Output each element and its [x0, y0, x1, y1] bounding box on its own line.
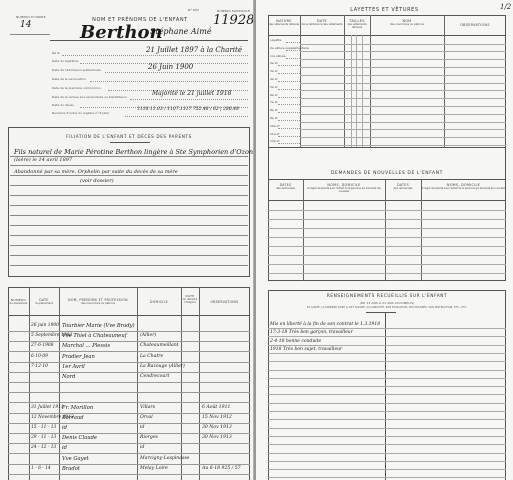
cell-observations: 15 Nov 1912: [202, 415, 232, 420]
layette-row-line: [300, 44, 506, 45]
layette-row-label: 5e id: [270, 85, 277, 89]
filiation-line-2: (Isère) le 14 avril 1897: [14, 157, 72, 163]
table-header-divider: [8, 315, 250, 316]
field-label-registre: Numéros d'ordre du registre nº 8 (bis): [52, 111, 109, 115]
layette-row-dots: [286, 58, 300, 59]
col-header-nom: NOMdes nourriciers ou patrons: [370, 19, 444, 26]
layette-row-line: [300, 90, 506, 91]
renseignements-row-line: [268, 428, 506, 429]
layette-row-dots: [278, 120, 300, 121]
col-header-dates-2: DATESdes demandes: [385, 183, 421, 190]
numero-ordre-value: 14: [20, 20, 31, 30]
col-divider: [444, 15, 445, 147]
col-header-dates-1: DATESdes demandes: [268, 183, 303, 190]
col-divider: [344, 15, 345, 147]
renseignements-subtitle2: SA SANTÉ, LA MANIÈRE DONT IL EST SOIGNÉ,…: [268, 306, 506, 309]
cell-date: 7-12-10: [31, 364, 48, 369]
cell-domicile: Chateaumeillant: [140, 343, 179, 348]
layette-row-line: [300, 51, 506, 52]
col-header-noms-1: NOMS, DOMICILEet degré de parenté avec l…: [303, 183, 385, 193]
renseignements-row-line: [268, 411, 506, 412]
col-header-sub: du placement: [29, 302, 59, 305]
col-header-sub: du retrait à l'hospice: [181, 298, 199, 304]
layette-row-line: [300, 67, 506, 68]
left-page: NUMÉRO D'ORDRE 14 Nº 692 NUMÉRO MATRICUL…: [0, 0, 254, 480]
layette-row-line: [300, 129, 506, 130]
cell-name: id: [62, 425, 67, 431]
demandes-row-line: [268, 264, 506, 265]
layettes-title: LAYETTES ET VÊTURES: [256, 7, 513, 13]
col-divider: [385, 179, 386, 281]
renseignements-row-line: [268, 336, 506, 337]
renseignements-row-line: [268, 353, 506, 354]
renseignements-title: RENSEIGNEMENTS RECUEILLIS SUR L'ENFANT: [268, 294, 506, 299]
cell-name: Barraud: [62, 415, 84, 421]
ruled-line: [10, 165, 248, 166]
cell-name: Pradier Jean: [62, 354, 95, 360]
table-row: 29 - 11 - 13Denis ClaudeRiorges30 Nov 19…: [8, 435, 250, 445]
divider: [366, 312, 396, 313]
section-divider: [268, 147, 506, 148]
cell-date: 24 - 12 - 13: [31, 445, 56, 450]
cell-date: 26 juin 1900: [31, 323, 59, 328]
col-header-noms-2: NOMS, DOMICILEet degré de parenté avec l…: [421, 183, 506, 190]
layette-row-label: 2e id: [270, 61, 277, 65]
layette-row-line: [300, 98, 506, 99]
cell-domicile: Villars: [140, 405, 155, 410]
table-row: [8, 394, 250, 404]
layette-row-line: [300, 106, 506, 107]
layette-row-line: [300, 83, 506, 84]
field-value-born: 21 Juillet 1897 à la Charité: [146, 46, 242, 54]
demandes-row-line: [268, 237, 506, 238]
col-header-sub: du placement: [8, 302, 29, 305]
col-divider: [303, 179, 304, 281]
layette-row-line: [300, 137, 506, 138]
field-line: [105, 72, 248, 73]
filiation-line-1: Fils naturel de Marie Pérotine Berthon l…: [14, 148, 253, 156]
col-header-sub: des demandes: [268, 187, 303, 190]
filiation-line-4: (voir dossier): [80, 178, 114, 184]
col-header-date: DATEde la délivrance des vêtements: [300, 19, 344, 26]
col-header-date: DATEdu placement: [29, 298, 59, 305]
col-header-observations: OBSERVATIONS: [444, 23, 506, 27]
col-header-sub: de la délivrance des vêtements: [300, 23, 344, 26]
field-label-remise: Date de la remise aux ascendants ou bien…: [52, 95, 127, 99]
cell-domicile: Orval: [140, 415, 153, 420]
cell-domicile: Melay Loire: [140, 466, 168, 471]
layette-row-label: Layette: [270, 38, 281, 42]
layette-row-line: [300, 75, 506, 76]
renseignements-row-line: [268, 361, 506, 362]
renseignements-subtitle: (DE 13 ANS À 21 ANS ACCOMPLIS): [268, 301, 506, 305]
cell-name: Vve Thiel à Chateauneuf: [62, 333, 127, 339]
field-label-vaccination: Date de la vaccination: [52, 77, 86, 81]
cell-name: Fr. Morillon: [62, 405, 93, 411]
cell-date: 29 - 11 - 13: [31, 435, 56, 440]
layette-row-label: 9e id: [270, 116, 277, 120]
ruled-line: [10, 235, 248, 236]
field-line: [62, 55, 248, 56]
ruled-line: [10, 255, 248, 256]
demandes-row-line: [268, 219, 506, 220]
field-value-admission: 26 Juin 1900: [148, 63, 193, 71]
divider: [50, 40, 248, 41]
demandes-row-line: [268, 246, 506, 247]
field-value-registre: 1118 11.03 / 1107.1117 752.48 / 62 | 286…: [137, 107, 239, 112]
col-divider: [385, 313, 386, 480]
layette-row-dots: [278, 81, 300, 82]
layette-row-dots: [286, 42, 300, 43]
renseignements-row-line: [268, 419, 506, 420]
ruled-line: [10, 245, 248, 246]
field-label-bapteme: Date du baptême: [52, 59, 78, 63]
renseignements-row-line: [268, 386, 506, 387]
renseignements-row-line: [268, 378, 506, 379]
col-header-nom: NOM, PRÉNOMS ET PROFESSIONdes nourricier…: [59, 298, 137, 305]
cell-domicile: id: [140, 425, 144, 430]
renseignement-entry-3: 2-4-18 bonne conduite: [270, 339, 321, 344]
cell-name: Bradot: [62, 466, 80, 472]
layette-row-dots: [278, 143, 300, 144]
cell-date: 27-6-1908: [31, 343, 54, 348]
table-row: 1 - 6 - 14BradotMelay LoireAu 6-18 925 /…: [8, 466, 250, 476]
table-row: Vve GayetMarcigny-Lespinasse: [8, 456, 250, 466]
cell-observations: 30 Nov 1913: [202, 435, 232, 440]
cell-date: 1 - 6 - 14: [31, 466, 51, 471]
cell-domicile: Marcigny-Lespinasse: [140, 456, 189, 461]
renseignements-row-line: [268, 453, 506, 454]
col-divider: [300, 15, 301, 147]
layette-row-line: [300, 114, 506, 115]
table-row: 27-6-1908Marchal ... PlessisChateaumeill…: [8, 343, 250, 353]
renseignements-row-line: [268, 436, 506, 437]
table-row: 6-10-09Pradier JeanLa Chatre: [8, 354, 250, 364]
col-header-sub: et degré de parenté avec l'enfant de la …: [421, 187, 506, 190]
cell-domicile: id: [140, 445, 144, 450]
table-row: [8, 384, 250, 394]
numero-ordre-label: NUMÉRO D'ORDRE: [16, 15, 46, 19]
col-divider: [421, 179, 422, 281]
table-row: 24 - 12 - 13idid: [8, 445, 250, 455]
layette-row-dots: [278, 89, 300, 90]
field-label-communion: Date de la première communion: [52, 86, 101, 90]
col-header-sub: des vêtements délivrés: [344, 23, 370, 29]
col-header-sub: et degré de parenté avec l'enfant de la …: [303, 187, 385, 193]
layette-row-dots: [278, 136, 300, 137]
ruled-line: [10, 265, 248, 266]
ruled-line: [10, 175, 248, 176]
child-given-names: Stéphane Aimé: [150, 27, 212, 36]
col-header-text: OBSERVATIONS: [444, 23, 506, 27]
cell-domicile: Cendrecourt: [140, 374, 169, 379]
renseignements-row-line: [268, 461, 506, 462]
layette-row-line: [300, 145, 506, 146]
layette-row-dots: [278, 112, 300, 113]
table-header-divider: [268, 35, 506, 36]
layette-row-dots: [278, 65, 300, 66]
numero-small: Nº 692: [188, 8, 199, 12]
numero-matricule-value: 11928: [213, 13, 254, 28]
demandes-row-line: [268, 255, 506, 256]
cell-observations: 30 Nov 1913: [202, 425, 232, 430]
layette-row-label: 6e id: [270, 93, 277, 97]
renseignements-row-line: [268, 403, 506, 404]
field-line: [90, 81, 248, 82]
filiation-title: FILIATION DE L'ENFANT ET DÉCÈS DES PAREN…: [8, 134, 250, 139]
cell-date: 15 - 11 - 13: [31, 425, 56, 430]
col-header-sub: des nourriciers ou patrons: [370, 23, 444, 26]
cell-domicile: Riorges: [140, 435, 158, 440]
col-header-text: DOMICILE: [137, 300, 181, 304]
col-divider: [370, 15, 371, 147]
cell-name: id: [62, 445, 67, 451]
divider: [110, 142, 150, 143]
cell-name: Vve Gayet: [62, 456, 89, 462]
renseignement-entry-1: Mis en liberté à la fin de son contrat l…: [270, 322, 380, 327]
renseignement-entry-2: 17-3-18 Très bon garçon, travailleur: [270, 330, 353, 335]
layette-row-line: [300, 122, 506, 123]
layette-row-label: 4e id: [270, 77, 277, 81]
renseignement-entry-4: 1918 Très bon sujet, travailleur: [270, 347, 342, 352]
col-header-domicile: DOMICILE: [137, 300, 181, 304]
table-row: 7-12-101er AvrilLa Bazouge (Allier): [8, 364, 250, 374]
cell-observations: 6 Août 1911: [202, 405, 230, 410]
layette-row-dots: [278, 104, 300, 105]
layette-row-dots: [278, 73, 300, 74]
renseignements-row-line: [268, 370, 506, 371]
cell-domicile: La Chatre: [140, 354, 163, 359]
ruled-line: [10, 215, 248, 216]
layette-row-label: 7e id: [270, 100, 277, 104]
col-header-nature: NATUREdes vêtements délivrés: [268, 19, 300, 26]
renseignements-box: [268, 290, 506, 480]
renseignements-row-line: [268, 444, 506, 445]
cell-name: Denis Claude: [62, 435, 97, 441]
layette-row-dots: [278, 97, 300, 98]
cell-date: 31 Juillet 1911: [31, 405, 64, 410]
renseignements-row-line: [268, 345, 506, 346]
layette-row-dots: [278, 128, 300, 129]
table-row: NordCendrecourt: [8, 374, 250, 384]
ruled-line: [10, 205, 248, 206]
table-row: 12 Novembre 1912BarraudOrval15 Nov 1912: [8, 415, 250, 425]
ruled-line: [10, 225, 248, 226]
divider: [10, 34, 50, 35]
ruled-line: [10, 185, 248, 186]
table-row: 26 juin 1900Tourbier Marie (Vve Brady): [8, 323, 250, 333]
col-header-sub: des demandes: [385, 187, 421, 190]
renseignements-row-line: [268, 477, 506, 478]
table-row: 5 Septembre 1903Vve Thiel à Chateauneuf(…: [8, 333, 250, 343]
field-value-remise: Majorité le 21 juillet 1918: [152, 90, 231, 97]
layette-row-dots: [286, 50, 300, 51]
col-header-sub: des nourriciers ou patrons: [59, 302, 137, 305]
renseignements-row-line: [268, 394, 506, 395]
renseignements-row-line: [268, 328, 506, 329]
demandes-title: DEMANDES DE NOUVELLES DE L'ENFANT: [268, 171, 506, 176]
col-header-sub: des vêtements délivrés: [268, 23, 300, 26]
cell-domicile: La Bazouge (Allier): [140, 364, 185, 369]
col-header-text: OBSERVATIONS: [199, 300, 250, 304]
ruled-line: [10, 156, 248, 157]
cell-date: 6-10-09: [31, 354, 48, 359]
demandes-row-line: [268, 210, 506, 211]
demandes-row-line: [268, 273, 506, 274]
layette-row-line: [300, 59, 506, 60]
col-header-tailles: TAILLESdes vêtements délivrés: [344, 19, 370, 29]
field-label-admission: Date de l'admission préfectorale: [52, 68, 101, 72]
cell-domicile: (Allier): [140, 333, 156, 338]
layette-row-label: 3e id: [270, 69, 277, 73]
renseignements-row-line: [268, 469, 506, 470]
demandes-row-line: [268, 228, 506, 229]
field-label-born: Né le: [52, 51, 60, 55]
col-header-retrait: DATEdu retrait à l'hospice: [181, 294, 199, 304]
cell-name: Tourbier Marie (Vve Brady): [62, 323, 135, 329]
cell-name: Nord: [62, 374, 75, 380]
layette-row-label: 8e id: [270, 108, 277, 112]
table-row: 15 - 11 - 13idid30 Nov 1913: [8, 425, 250, 435]
field-line: [130, 99, 248, 100]
cell-name: 1er Avril: [62, 364, 85, 370]
field-label-deces: Date du décès: [52, 103, 74, 107]
cell-name: Marchal ... Plessis: [62, 343, 110, 349]
table-row: 31 Juillet 1911Fr. MorillonVillars6 Août…: [8, 405, 250, 415]
col-header-numero: NUMÉROdu placement: [8, 298, 29, 305]
layette-row-label: 1re vêture: [270, 54, 286, 58]
right-page: 1/2 LAYETTES ET VÊTURES NATUREdes vêteme…: [256, 0, 513, 480]
col-header-observations: OBSERVATIONS: [199, 300, 250, 304]
ruled-line: [10, 195, 248, 196]
cell-observations: Au 6-18 925 / 57: [202, 466, 241, 471]
field-line: [125, 116, 248, 117]
